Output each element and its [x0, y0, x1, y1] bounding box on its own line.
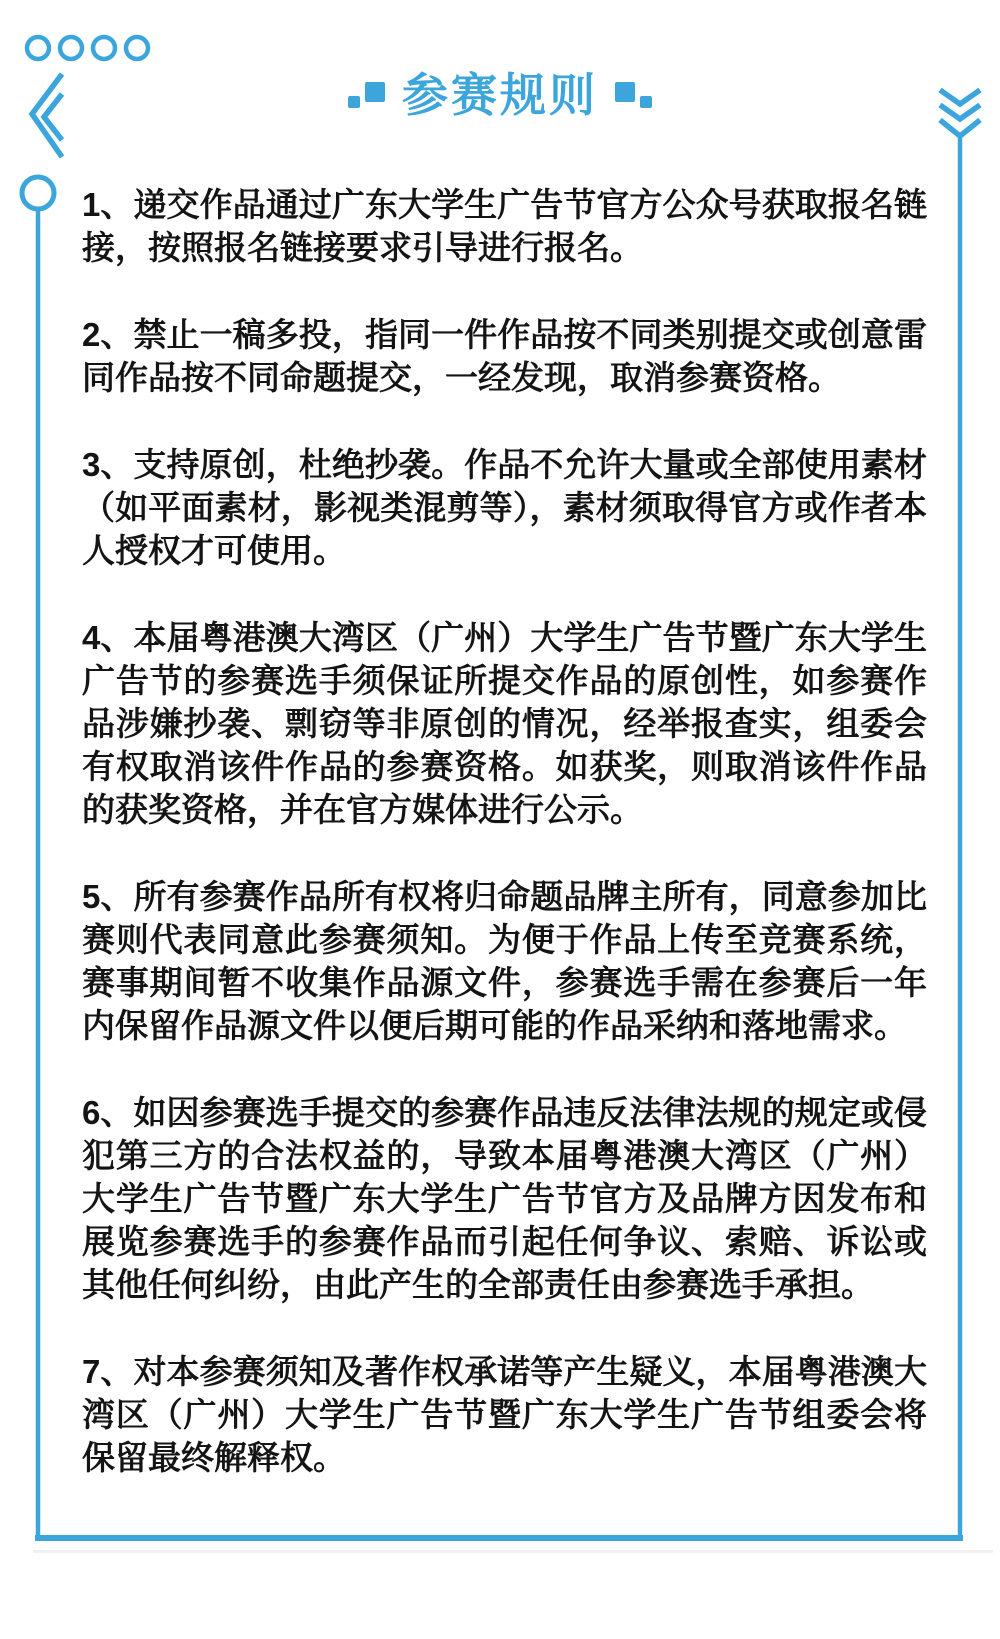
page-title: 参赛规则: [402, 72, 598, 118]
left-rail-circle-stem: [22, 177, 54, 1540]
rule-item: 2、禁止一稿多投，指同一件作品按不同类别提交或创意雷同作品按不同命题提交，一经发…: [82, 313, 927, 399]
four-circles-icon: [27, 37, 148, 59]
square-small-icon: [348, 96, 360, 108]
rule-item: 6、如因参赛选手提交的参赛作品违反法律法规的规定或侵犯第三方的合法权益的，导致本…: [82, 1091, 927, 1306]
title-squares-right-icon: [615, 82, 652, 108]
square-small-icon: [640, 96, 652, 108]
rule-item: 5、所有参赛作品所有权将归命题品牌主所有，同意参加比赛则代表同意此参赛须知。为便…: [82, 875, 927, 1047]
header: 参赛规则: [0, 72, 1000, 118]
rule-item: 1、递交作品通过广东大学生广告节官方公众号获取报名链接，按照报名链接要求引导进行…: [82, 183, 927, 269]
rules-list: 1、递交作品通过广东大学生广告节官方公众号获取报名链接，按照报名链接要求引导进行…: [82, 183, 927, 1523]
square-big-icon: [365, 82, 385, 102]
rule-item: 7、对本参赛须知及著作权承诺等产生疑义，本届粤港澳大湾区（广州）大学生广告节暨广…: [82, 1350, 927, 1479]
rule-item: 4、本届粤港澳大湾区（广州）大学生广告节暨广东大学生广告节的参赛选手须保证所提交…: [82, 616, 927, 831]
bottom-shadow-line: [33, 1550, 993, 1553]
contest-rules-poster: 参赛规则 1、递交作品通过广东大学生广告节官方公众号获取报名链接，按照报名链接要…: [0, 0, 1000, 1639]
title-squares-left-icon: [348, 82, 385, 108]
rule-item: 3、支持原创，杜绝抄袭。作品不允许大量或全部使用素材（如平面素材，影视类混剪等）…: [82, 443, 927, 572]
square-big-icon: [615, 82, 635, 102]
